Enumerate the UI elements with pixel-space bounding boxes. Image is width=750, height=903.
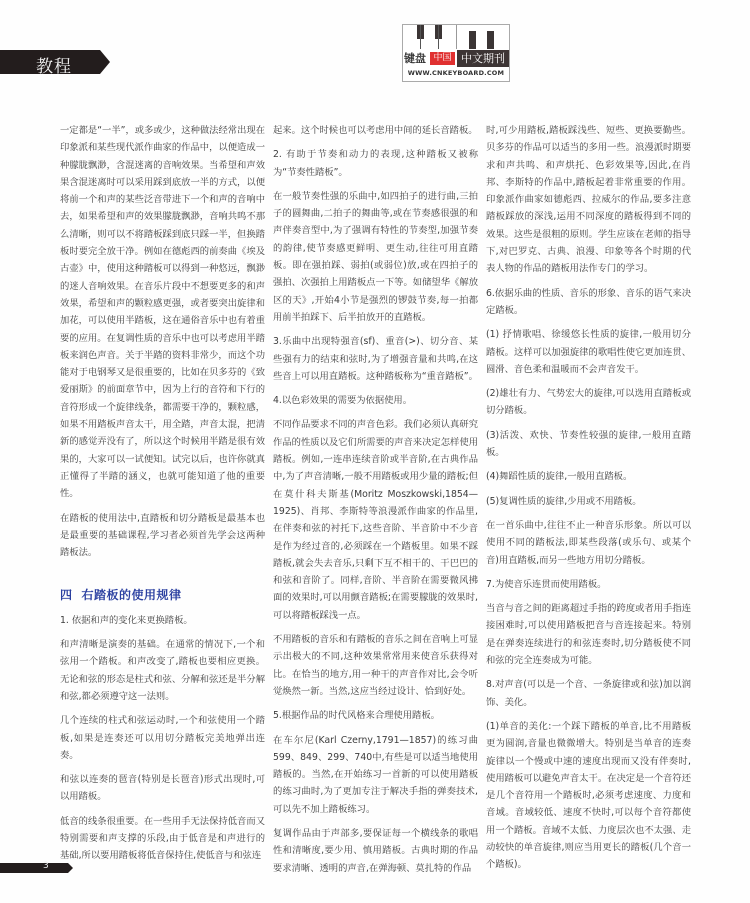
- paragraph: (5)复调性质的旋律,少用或不用踏板。: [486, 493, 691, 510]
- paragraph: (1)单音的美化:一个踩下踏板的单音,比不用踏板更为圆润,音量也微微增大。特别是…: [486, 718, 691, 874]
- rule-heading: 2. 有助于节奏和动力的表现,这种踏板又被称为“节奏性踏板”。: [273, 146, 478, 181]
- section-number: 四: [60, 588, 73, 602]
- paragraph: 低音的线条很重要。在一些用手无法保持低音而又特别需要和声支撑的乐段,由于低音是和…: [60, 813, 265, 865]
- rule-heading: 5.根据作品的时代风格来合理使用踏板。: [273, 707, 478, 724]
- paragraph: 和弦以连奏的琶音(特别是长琶音)形式出现时,可以用踏板。: [60, 771, 265, 806]
- rule-heading: 4.以色彩效果的需要为依据使用。: [273, 392, 478, 409]
- logo-brand-right: 中文期刊: [457, 50, 509, 67]
- column-middle: 起来。这个时候也可以考虑用中间的延长音踏板。 2. 有助于节奏和动力的表现,这种…: [273, 122, 478, 884]
- rule-heading: 1. 依据和声的变化来更换踏板。: [60, 612, 265, 629]
- rule-heading: 6.依据乐曲的性质、音乐的形象、音乐的语气来决定踏板。: [486, 285, 691, 320]
- page-number: 3: [43, 861, 49, 871]
- section-title: 右踏板的使用规律: [82, 588, 182, 602]
- paragraph: 当音与音之间的距离超过手指的跨度或者用手指连接困难时,可以使用踏板把音与音连接起…: [486, 600, 691, 669]
- section-tab-label: 教程: [36, 52, 72, 77]
- page-number-bar: 3: [0, 863, 68, 873]
- paragraph: 起来。这个时候也可以考虑用中间的延长音踏板。: [273, 122, 478, 139]
- column-left: 一定都是“一半”，或多或少，这种做法经常出现在印象派和某些现代派作曲家的作品中，…: [60, 122, 265, 872]
- paragraph: 在车尔尼(Karl Czerny,1791—1857)的练习曲599、849、2…: [273, 732, 478, 818]
- rule-heading: 3.乐曲中出现特强音(sf)、重音(>)、切分音、某些强有力的结束和弦时,为了增…: [273, 333, 478, 385]
- paragraph: 和声清晰是演奏的基础。在通常的情况下,一个和弦用一个踏板。和声改变了,踏板也要相…: [60, 636, 265, 705]
- logo-brand-left: 键盘: [404, 50, 426, 67]
- logo-url: WWW.CNKEYBOARD.COM: [403, 69, 509, 77]
- rule-heading: 7.为使音乐连贯而使用踏板。: [486, 576, 691, 593]
- section-heading: 四右踏板的使用规律: [60, 587, 265, 604]
- rule-heading: 8.对声音(可以是一个音、一条旋律或和弦)加以润饰、美化。: [486, 676, 691, 711]
- paragraph: 复调作品由于声部多,要保证每一个横线条的歌唱性和清晰度,要少用、慎用踏板。古典时…: [273, 825, 478, 877]
- paragraph: 不用踏板的音乐和有踏板的音乐之间在音响上可显示出极大的不同,这种效果常常用来使音…: [273, 631, 478, 700]
- paragraph: 不同作品要求不同的声音色彩。我们必须认真研究作品的性质以及它们所需要的声音来决定…: [273, 416, 478, 624]
- paragraph: (4)舞蹈性质的旋律,一般用直踏板。: [486, 468, 691, 485]
- paragraph: 时,可少用踏板,踏板踩浅些、短些、更换要勤些。贝多芬的作品可以适当的多用一些。浪…: [486, 122, 691, 278]
- paragraph: 在一首乐曲中,往往不止一种音乐形象。所以可以使用不同的踏板法,即某些段落(或乐句…: [486, 517, 691, 569]
- paragraph: 在踏板的使用法中,直踏板和切分踏板是最基本也是最重要的基础课程,学习者必须首先学…: [60, 510, 265, 562]
- paragraph: (1) 抒情歌唱、徐缓悠长性质的旋律,一般用切分踏板。这样可以加强旋律的歌唱性使…: [486, 326, 691, 378]
- paragraph: (2)雄壮有力、气势宏大的旋律,可以选用直踏板或切分踏板。: [486, 385, 691, 420]
- paragraph: 在一般节奏性强的乐曲中,如四拍子的进行曲,三拍子的圆舞曲,二拍子的舞曲等,或在节…: [273, 188, 478, 326]
- magazine-logo: 键盘 中国 中文期刊 WWW.CNKEYBOARD.COM: [402, 24, 510, 82]
- piano-keys-icon: [403, 25, 509, 49]
- section-tab: 教程: [0, 50, 100, 74]
- logo-stamp: 中国: [430, 52, 455, 65]
- paragraph: 一定都是“一半”，或多或少，这种做法经常出现在印象派和某些现代派作曲家的作品中，…: [60, 122, 265, 503]
- paragraph: (3)活泼、欢快、节奏性较强的旋律,一般用直踏板。: [486, 427, 691, 462]
- paragraph: 几个连续的柱式和弦运动时,一个和弦使用一个踏板,如果是连奏还可以用切分踏板完美地…: [60, 712, 265, 764]
- column-right: 时,可少用踏板,踏板踩浅些、短些、更换要勤些。贝多芬的作品可以适当的多用一些。浪…: [486, 122, 691, 881]
